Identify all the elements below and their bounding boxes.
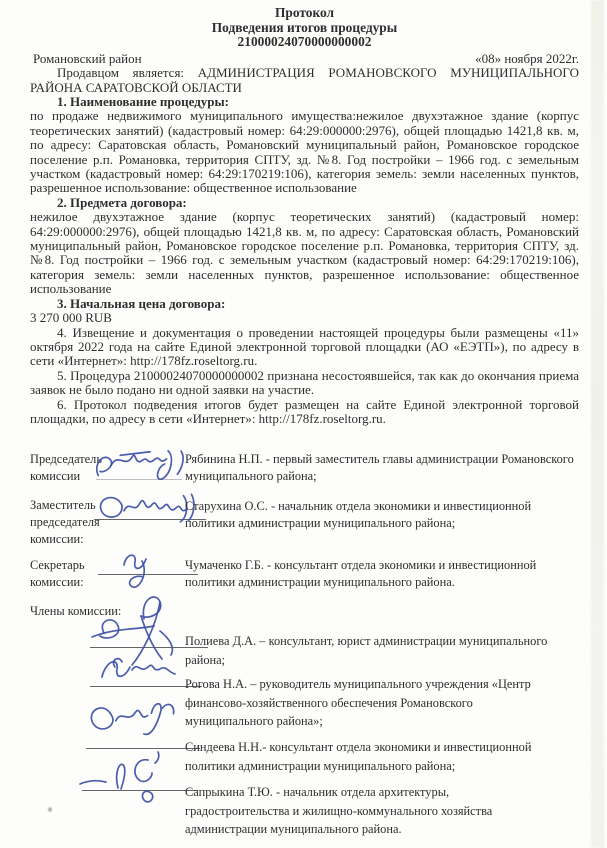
signatory-description-deputy: Старухина О.С. - начальник отдела эконом…: [185, 498, 577, 532]
section-1-heading: 1. Наименование процедуры:: [30, 95, 579, 109]
scanner-edge-artifact: [591, 0, 604, 848]
item-paragraph-4: 4. Извещение и документация о проведении…: [30, 326, 579, 369]
document-subtitle: Подведения итогов процедуры: [30, 21, 579, 36]
member-description-sindeeva: Синдеева Н.Н.- консультант отдела эконом…: [185, 738, 577, 775]
member-description-saprykina: Сапрыкина Т.Ю. - начальник отдела архите…: [185, 783, 577, 839]
section-1-body: по продаже недвижимого муниципального им…: [30, 109, 579, 195]
signature-block: Председатель комиссии Рябинина Н.П. - пе…: [30, 449, 579, 841]
page-title: Протокол: [30, 6, 579, 21]
section-2-heading: 2. Предмета договора:: [30, 196, 579, 210]
meta-row: Романовский район «08» ноября 2022г.: [30, 52, 579, 66]
starting-price-value: 3 270 000 RUB: [30, 311, 579, 325]
section-3-heading: 3. Начальная цена договора:: [30, 297, 579, 311]
member-description-rogova: Рогова Н.А. – руководитель муниципальног…: [185, 675, 577, 731]
section-2-body: нежилое двухэтажное здание (корпус теоре…: [30, 210, 579, 296]
item-paragraph-6: 6. Протокол подведения итогов будет разм…: [30, 398, 579, 427]
scan-speck: [47, 806, 53, 813]
document-date: «08» ноября 2022г.: [475, 52, 579, 66]
signature-member-rogova: [90, 649, 194, 689]
item-paragraph-5: 5. Процедура 21000024070000000002 призна…: [30, 369, 579, 398]
procedure-number: 21000024070000000002: [30, 35, 579, 50]
signatory-description-secretary: Чумаченко Г.Б. - консультант отдела экон…: [185, 557, 577, 591]
document-title-block: Протокол Подведения итогов процедуры 210…: [30, 6, 579, 50]
member-description-polieva: Полиева Д.А. – консультант, юрист админи…: [185, 632, 577, 669]
protocol-document-page: Протокол Подведения итогов процедуры 210…: [0, 0, 607, 848]
seller-paragraph: Продавцом является: АДМИНИСТРАЦИЯ РОМАНО…: [30, 66, 579, 95]
signatory-description-chairman: Рябинина Н.П. - первый заместитель главы…: [185, 451, 577, 485]
place-name: Романовский район: [30, 52, 142, 66]
document-body: Протокол Подведения итогов процедуры 210…: [30, 6, 579, 426]
